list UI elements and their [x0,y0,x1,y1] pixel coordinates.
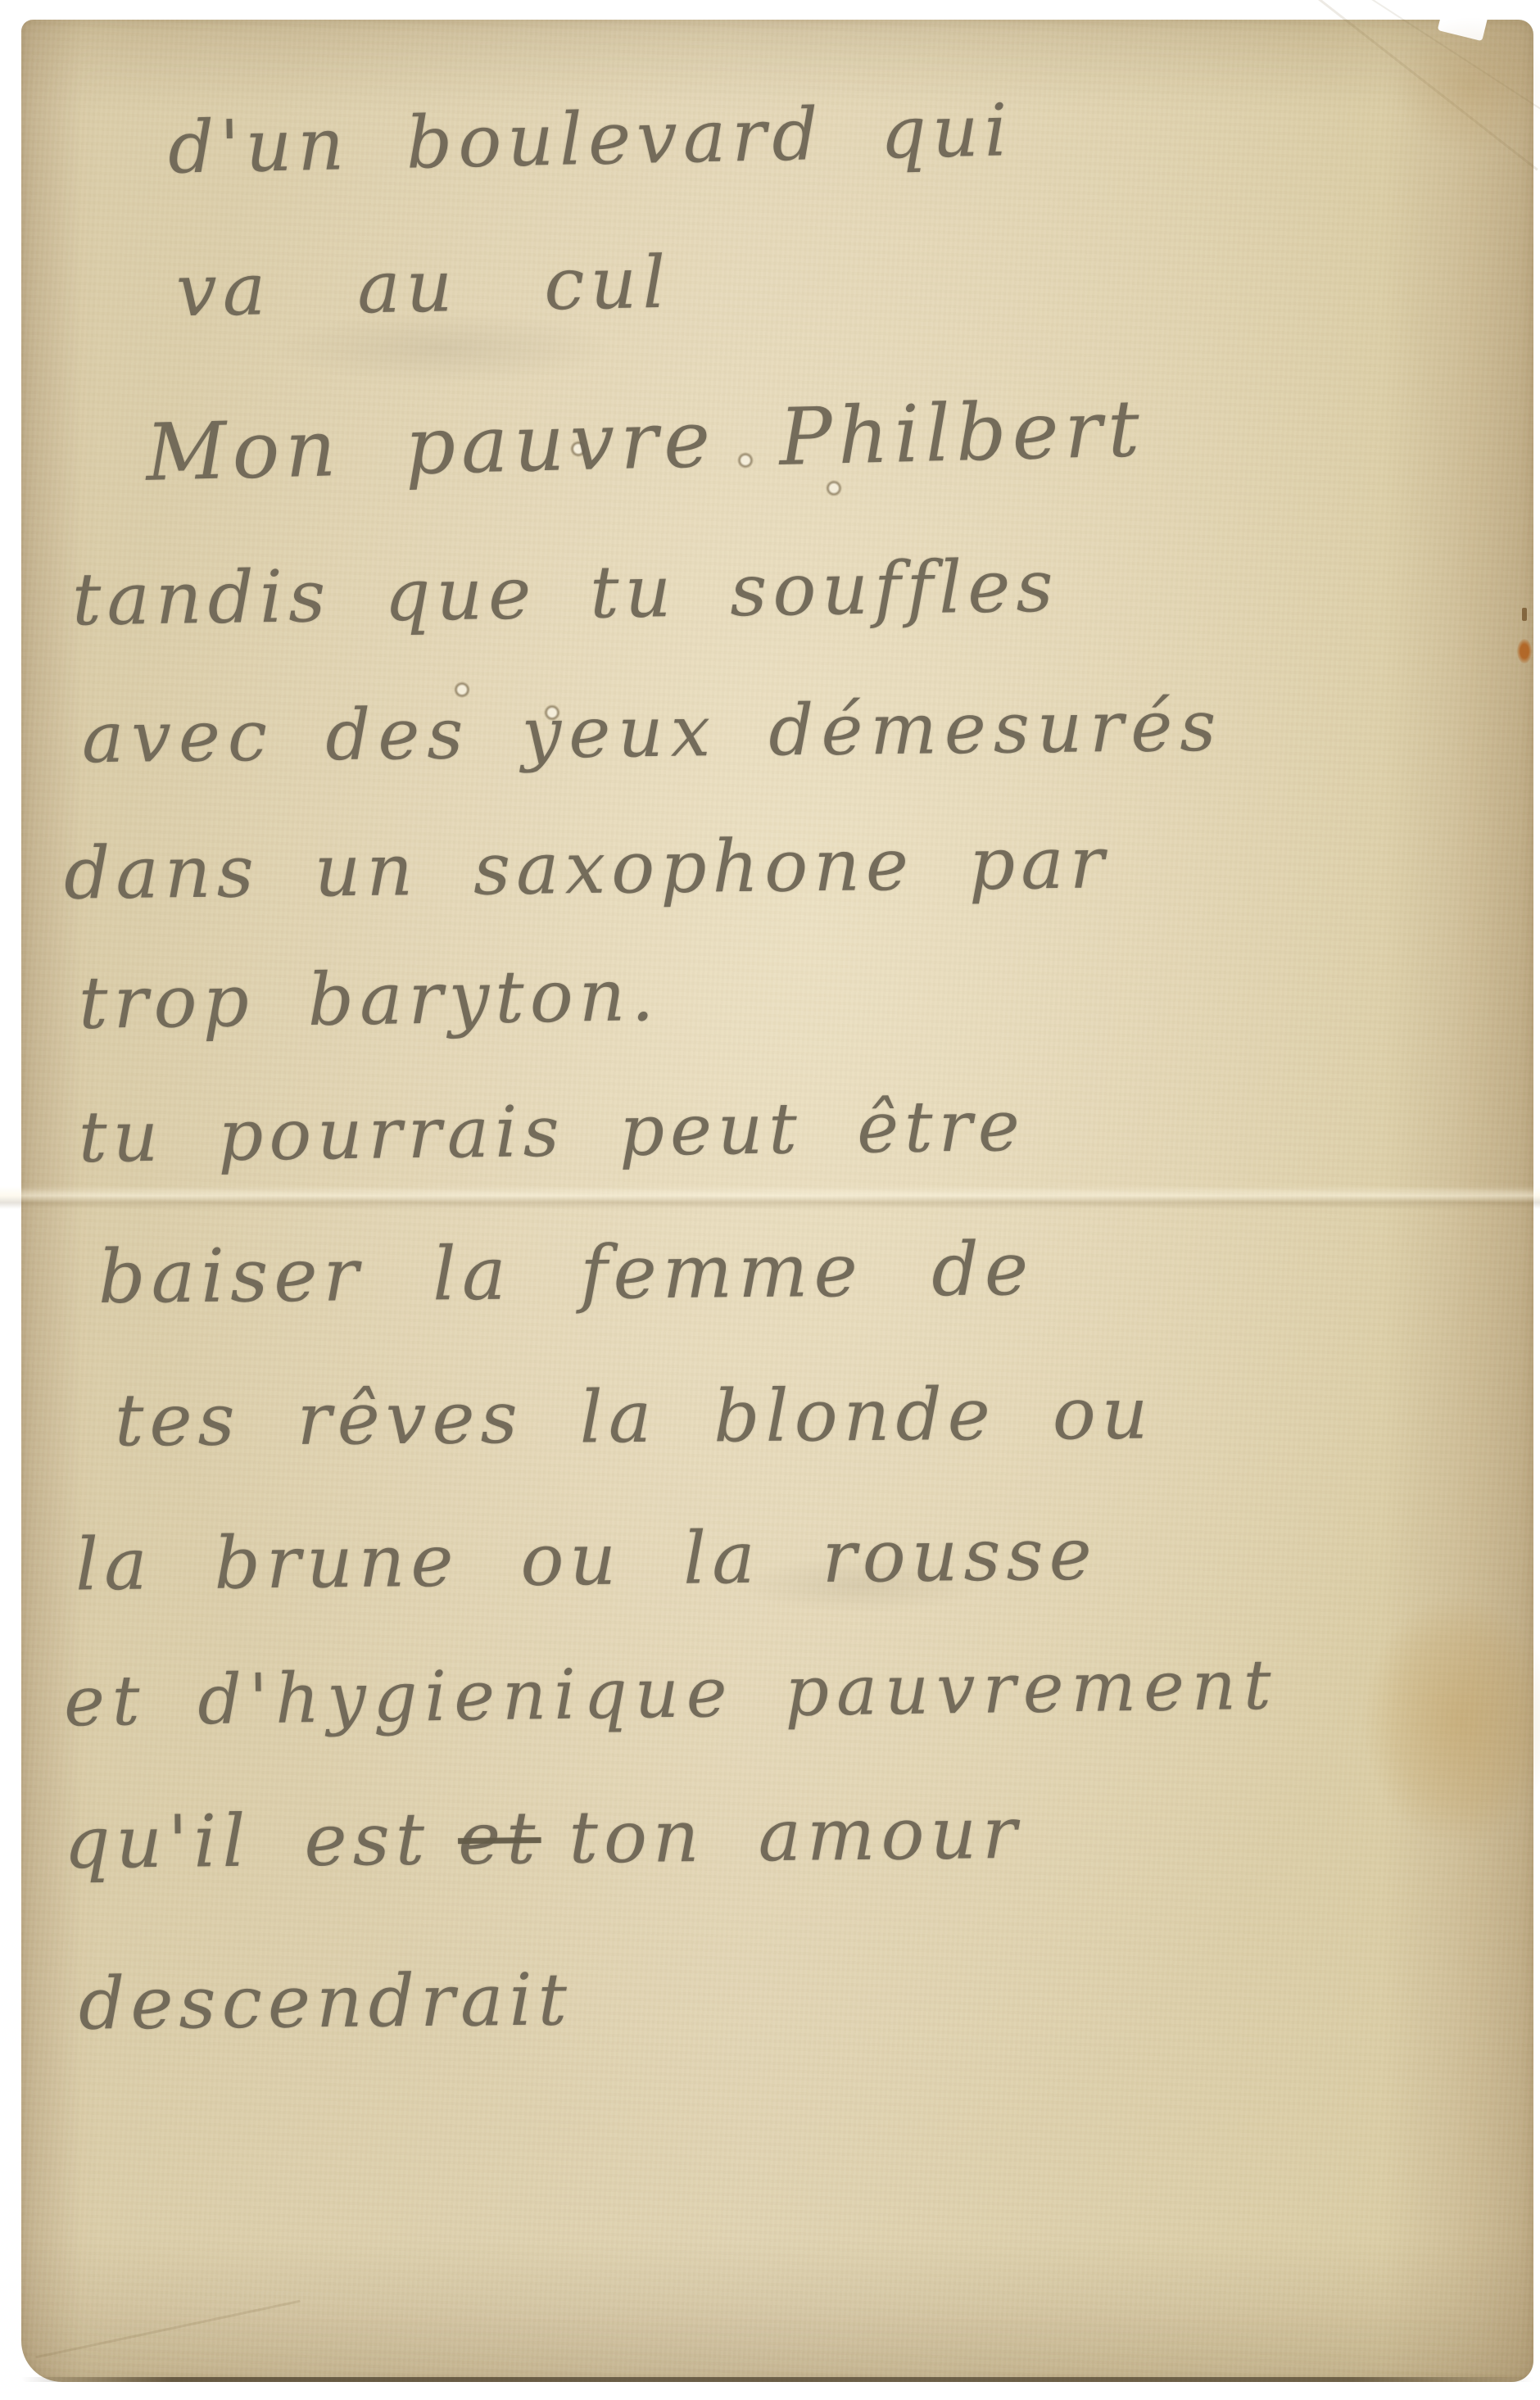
stain [1393,16,1540,156]
handwritten-line-9: baiser la femme de [98,1226,1035,1320]
fold-crease [0,1186,1540,1209]
handwritten-line-8: tu pourrais peut être [78,1085,1026,1179]
handwritten-line-7: trop baryton. [78,953,660,1045]
edge-chip [1522,608,1527,621]
handwritten-line-14: descendrait [79,1957,573,2045]
handwritten-line-6: dans un saxophone par [63,820,1110,915]
handwritten-line-10: tes rêves la blonde ou [115,1371,1154,1463]
rust-spot [1517,639,1532,663]
line-13-start: qu'il est [63,1796,430,1885]
handwritten-line-5: avec des yeux démesurés [82,686,1224,780]
handwritten-line-4: tandis que tu souffles [71,544,1059,642]
handwritten-line-11: la brune ou la rousse [75,1511,1098,1606]
stain [1364,1597,1540,1843]
line-13-end: ton amour [568,1791,1023,1880]
handwritten-line-1: d'un boulevard qui [167,88,1014,190]
handwritten-line-13: qu'il estetton amour [63,1791,1022,1885]
scanner-background: d'un boulevard qui va au cul Mon pauvre … [0,0,1540,2400]
paper-bottom-edge-shadow [21,2377,1533,2382]
handwritten-line-2: va au cul [175,240,672,333]
handwritten-line-12: et d'hygienique pauvrement [63,1645,1279,1742]
pinhole [826,480,842,496]
struck-word: et [458,1795,542,1881]
